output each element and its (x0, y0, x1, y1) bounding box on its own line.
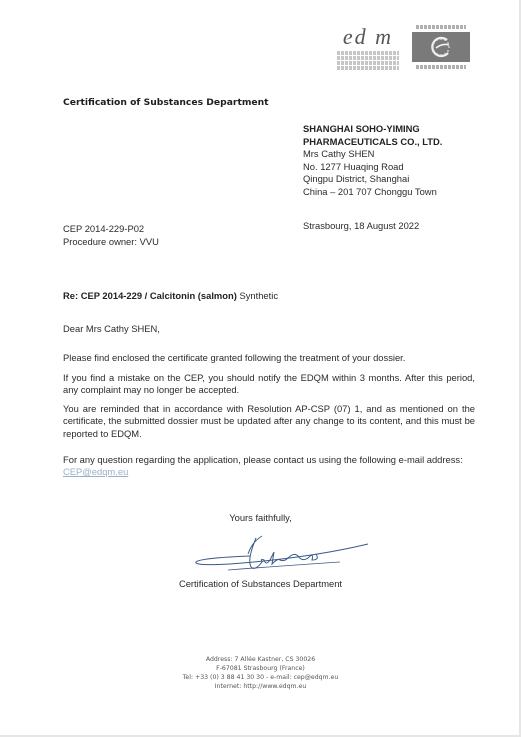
place-date: Strasbourg, 18 August 2022 (303, 220, 419, 231)
recipient-address: SHANGHAI SOHO-YIMING PHARMACEUTICALS CO.… (303, 123, 442, 198)
subject-normal: Synthetic (237, 290, 278, 301)
recipient-company-2: PHARMACEUTICALS CO., LTD. (303, 136, 442, 149)
closing: Yours faithfully, (0, 512, 521, 523)
salutation: Dear Mrs Cathy SHEN, (63, 323, 160, 334)
stars-circle-icon (428, 34, 454, 60)
contact-email-link[interactable]: CEP@edqm.eu (63, 466, 128, 477)
paragraph-1: Please find enclosed the certificate gra… (63, 352, 475, 364)
recipient-street: No. 1277 Huaqing Road (303, 161, 442, 174)
subject-line: Re: CEP 2014-229 / Calcitonin (salmon) S… (63, 290, 278, 301)
cep-number: CEP 2014-229-P02 (63, 223, 159, 236)
paragraph-4-text: For any question regarding the applicati… (63, 454, 463, 465)
recipient-contact: Mrs Cathy SHEN (303, 148, 442, 161)
subject-bold: Re: CEP 2014-229 / Calcitonin (salmon) (63, 290, 237, 301)
paragraph-2: If you find a mistake on the CEP, you sh… (63, 372, 475, 397)
footer-address: Address: 7 Allée Kastner, CS 30026 F-670… (0, 655, 521, 691)
signatory: Certification of Substances Department (0, 578, 521, 589)
handwritten-signature-icon (190, 532, 370, 576)
procedure-owner: Procedure owner: VVU (63, 236, 159, 249)
department-title: Certification of Substances Department (63, 97, 269, 108)
council-of-europe-logo-icon (410, 25, 472, 69)
edqm-logo-icon: ed m (333, 26, 403, 71)
paragraph-4: For any question regarding the applicati… (63, 454, 475, 479)
recipient-company: SHANGHAI SOHO-YIMING (303, 123, 442, 136)
paragraph-3: You are reminded that in accordance with… (63, 403, 475, 440)
recipient-district: Qingpu District, Shanghai (303, 173, 442, 186)
reference-block: CEP 2014-229-P02 Procedure owner: VVU (63, 223, 159, 248)
letter-page: ed m Certification of Substances Departm… (0, 0, 521, 737)
recipient-country: China – 201 707 Chonggu Town (303, 186, 442, 199)
